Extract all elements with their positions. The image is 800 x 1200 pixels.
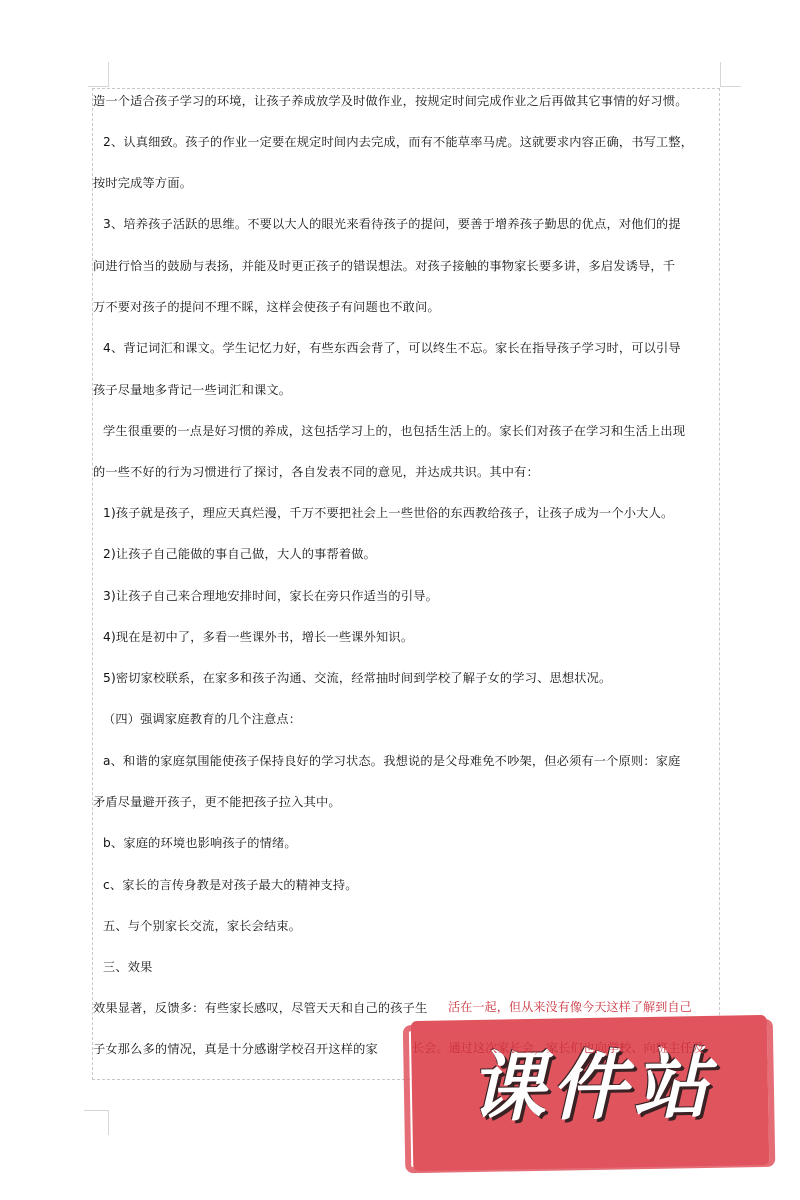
paragraph-line: 五、与个别家长交流，家长会结束。: [93, 906, 735, 948]
paragraph-line: 的一些不好的行为习惯进行了探讨，各自发表不同的意见，并达成共识。其中有：: [93, 452, 725, 494]
paragraph-line: 3、培养孩子活跃的思维。不要以大人的眼光来看待孩子的提问，要善于增养孩子勤思的优…: [93, 204, 735, 246]
overlapped-text-line: 活在一起，但从来没有像今天这样了解到自己: [448, 998, 692, 1015]
paragraph-line: c、家长的言传身教是对孩子最大的精神支持。: [93, 865, 735, 907]
paragraph-line: 3)让孩子自己来合理地安排时间，家长在旁只作适当的引导。: [93, 576, 735, 618]
overlapped-text-line: 长会。通过这次家长会，家长们也向学校、向班主任及: [412, 1039, 705, 1056]
paragraph-line: 1)孩子就是孩子，理应天真烂漫，千万不要把社会上一些世俗的东西教给孩子，让孩子成…: [93, 493, 735, 535]
paragraph-line: 5)密切家校联系，在家多和孩子沟通、交流，经常抽时间到学校了解子女的学习、思想状…: [93, 658, 735, 700]
paragraph-line: 4)现在是初中了，多看一些课外书，增长一些课外知识。: [93, 617, 735, 659]
paragraph-line: 造一个适合孩子学习的环境，让孩子养成放学及时做作业，按规定时间完成作业之后再做其…: [93, 81, 725, 123]
paragraph-line: 按时完成等方面。: [93, 163, 725, 205]
paragraph-line: （四）强调家庭教育的几个注意点：: [93, 699, 735, 741]
paragraph-line: 2)让孩子自己能做的事自己做，大人的事帮着做。: [93, 534, 735, 576]
paragraph-line: b、家庭的环境也影响孩子的情绪。: [93, 823, 735, 865]
paragraph-line: a、和谐的家庭氛围能使孩子保持良好的学习状态。我想说的是父母难免不吵架，但必须有…: [93, 741, 735, 783]
paragraph-line: 孩子尽量地多背记一些词汇和课文。: [93, 370, 725, 412]
paragraph-line: 矛盾尽量避开孩子，更不能把孩子拉入其中。: [93, 782, 725, 824]
paragraph-line: 问进行恰当的鼓励与表扬，并能及时更正孩子的错误想法。对孩子接触的事物家长要多讲，…: [93, 246, 725, 288]
page-corner-mark-bottom-left: [84, 1110, 109, 1135]
paragraph-line: 2、认真细致。孩子的作业一定要在规定时间内去完成，而有不能草率马虎。这就要求内容…: [93, 122, 735, 164]
paragraph-line: 万不要对孩子的提问不理不睬，这样会使孩子有问题也不敢问。: [93, 287, 725, 329]
paragraph-line: 学生很重要的一点是好习惯的养成，这包括学习上的，也包括生活上的。家长们对孩子在学…: [93, 411, 735, 453]
paragraph-line: 4、背记词汇和课文。学生记忆力好，有些东西会背了，可以终生不忘。家长在指导孩子学…: [93, 328, 735, 370]
paragraph-line: 三、效果: [93, 947, 735, 989]
